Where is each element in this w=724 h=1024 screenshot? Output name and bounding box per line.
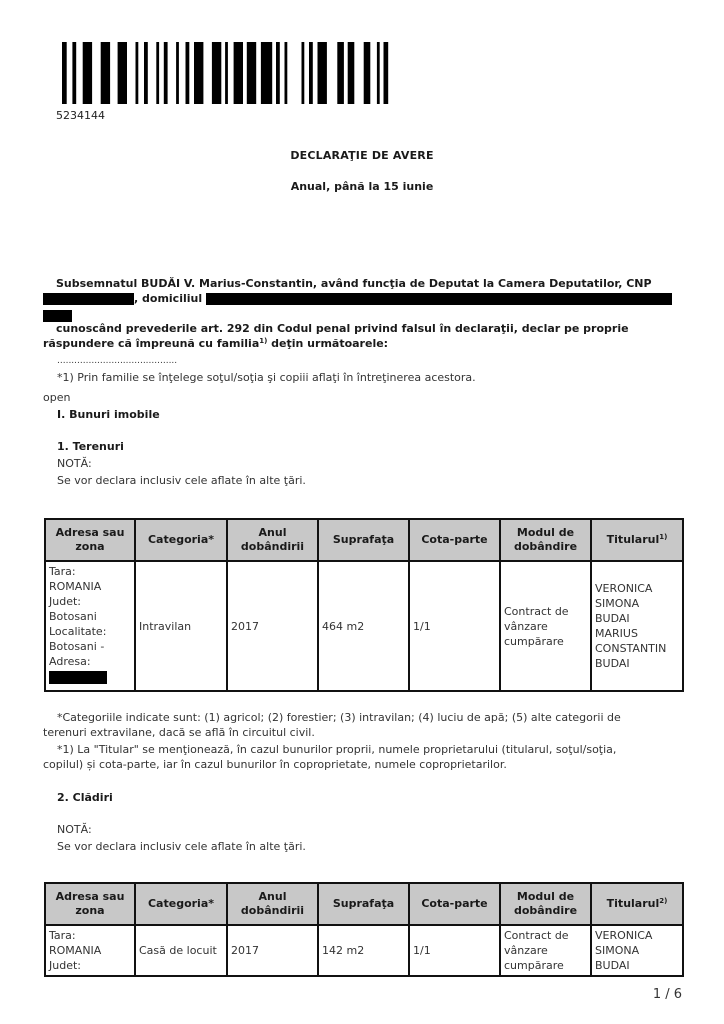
domicile-label: , domiciliul [134, 292, 202, 305]
legal-statement-line1: cunoscând prevederile art. 292 din Codul… [43, 321, 683, 336]
cell-category: Intravilan [135, 561, 227, 691]
declarant-redacted-line: , domiciliul [43, 291, 683, 306]
cell-line: Judet: [49, 594, 131, 609]
legal-text-end: deţin următoarele: [267, 337, 388, 350]
land-table: Adresa sau zona Categoria* Anul dobândir… [44, 518, 684, 692]
cell-line: ROMANIA [49, 579, 131, 594]
buildings-note: Se vor declara inclusiv cele aflate în a… [57, 840, 306, 853]
cell-line: SIMONA [595, 596, 679, 611]
redacted-cnp [43, 293, 134, 305]
col-mode: Modul de dobândire [500, 883, 591, 925]
cell-line: Botosani [49, 609, 131, 624]
page-title: DECLARAŢIE DE AVERE [0, 149, 724, 162]
table-row: Tara:ROMANIAJudet: Casă de locuit 2017 1… [45, 925, 683, 976]
cell-share: 1/1 [409, 925, 500, 976]
declarant-statement: Subsemnatul BUDĂI V. Marius-Constantin, … [43, 276, 683, 322]
col-category: Categoria* [135, 519, 227, 561]
cell-year: 2017 [227, 561, 318, 691]
cell-line: Botosani - [49, 639, 131, 654]
page-subtitle: Anual, până la 15 iunie [0, 180, 724, 193]
declarant-line: Subsemnatul BUDĂI V. Marius-Constantin, … [43, 276, 683, 291]
cell-line: VERONICA [595, 928, 679, 943]
table-row: Tara:ROMANIAJudet:BotosaniLocalitate:Bot… [45, 561, 683, 691]
cell-line: Judet: [49, 958, 131, 973]
titular-footnote-line1: *1) La "Titular" se menţionează, în cazu… [43, 742, 683, 757]
cell-line: Tara: [49, 928, 131, 943]
land-note: Se vor declara inclusiv cele aflate în a… [57, 474, 306, 487]
cell-line: BUDAI [595, 656, 679, 671]
cell-line: MARIUS [595, 626, 679, 641]
table-header-row: Adresa sau zona Categoria* Anul dobândir… [45, 519, 683, 561]
cell-category: Casă de locuit [135, 925, 227, 976]
cell-line: Adresa: [49, 654, 131, 669]
section-heading: I. Bunuri imobile [57, 408, 160, 421]
col-year: Anul dobândirii [227, 883, 318, 925]
col-area: Suprafaţa [318, 519, 409, 561]
titular-footnote: *1) La "Titular" se menţionează, în cazu… [43, 742, 683, 772]
legal-statement-line2: răspundere că împreună cu familia1) deţi… [43, 336, 683, 351]
col-holder-label: Titularul [607, 897, 660, 910]
land-nota-label: NOTĂ: [57, 457, 92, 470]
cell-area: 142 m2 [318, 925, 409, 976]
cell-address: Tara:ROMANIAJudet: [45, 925, 135, 976]
cell-area: 464 m2 [318, 561, 409, 691]
cell-line: CONSTANTIN [595, 641, 679, 656]
category-footnote-line2: terenuri extravilane, dacă se află în ci… [43, 725, 683, 740]
footnote-ref: 1) [659, 533, 667, 541]
cell-year: 2017 [227, 925, 318, 976]
category-footnote: *Categoriile indicate sunt: (1) agricol;… [43, 710, 683, 740]
col-year: Anul dobândirii [227, 519, 318, 561]
cell-line: SIMONA [595, 943, 679, 958]
col-holder: Titularul2) [591, 883, 683, 925]
address-lines: Tara:ROMANIAJudet:BotosaniLocalitate:Bot… [49, 564, 131, 669]
cell-mode: Contract de vânzare cumpărare [500, 925, 591, 976]
redacted-address [49, 671, 107, 684]
cell-holder: VERONICASIMONABUDAI [591, 925, 683, 976]
cell-line: Localitate: [49, 624, 131, 639]
family-footnote: *1) Prin familie se înţelege soţul/soţia… [57, 371, 476, 384]
subsection-land-heading: 1. Terenuri [57, 440, 124, 453]
cell-mode: Contract de vânzare cumpărare [500, 561, 591, 691]
cell-line: ROMANIA [49, 943, 131, 958]
legal-text: răspundere că împreună cu familia [43, 337, 259, 350]
col-share: Cota-parte [409, 519, 500, 561]
col-holder: Titularul1) [591, 519, 683, 561]
cell-address: Tara:ROMANIAJudet:BotosaniLocalitate:Bot… [45, 561, 135, 691]
cell-line: BUDAI [595, 611, 679, 626]
col-holder-label: Titularul [607, 533, 660, 546]
page-indicator: 1 / 6 [653, 987, 682, 1002]
col-mode: Modul de dobândire [500, 519, 591, 561]
subsection-buildings-heading: 2. Clădiri [57, 791, 113, 804]
barcode-icon [62, 42, 392, 104]
col-address: Adresa sau zona [45, 883, 135, 925]
table-header-row: Adresa sau zona Categoria* Anul dobândir… [45, 883, 683, 925]
cell-line: BUDAI [595, 958, 679, 973]
titular-footnote-line2: copilul) și cota-parte, iar în cazul bun… [43, 757, 683, 772]
buildings-table: Adresa sau zona Categoria* Anul dobândir… [44, 882, 684, 977]
category-footnote-line1: *Categoriile indicate sunt: (1) agricol;… [43, 710, 683, 725]
open-label: open [43, 391, 70, 404]
col-area: Suprafaţa [318, 883, 409, 925]
col-category: Categoria* [135, 883, 227, 925]
buildings-nota-label: NOTĂ: [57, 823, 92, 836]
cell-share: 1/1 [409, 561, 500, 691]
cell-line: Tara: [49, 564, 131, 579]
dotted-separator: ........................................… [57, 356, 177, 366]
col-address: Adresa sau zona [45, 519, 135, 561]
redacted-address-continuation-row [43, 306, 683, 322]
cell-holder: VERONICASIMONABUDAIMARIUSCONSTANTINBUDAI [591, 561, 683, 691]
legal-statement: cunoscând prevederile art. 292 din Codul… [43, 321, 683, 351]
col-share: Cota-parte [409, 883, 500, 925]
cell-line: VERONICA [595, 581, 679, 596]
redacted-address [206, 293, 672, 305]
footnote-ref: 2) [659, 897, 667, 905]
document-id: 5234144 [56, 109, 105, 122]
